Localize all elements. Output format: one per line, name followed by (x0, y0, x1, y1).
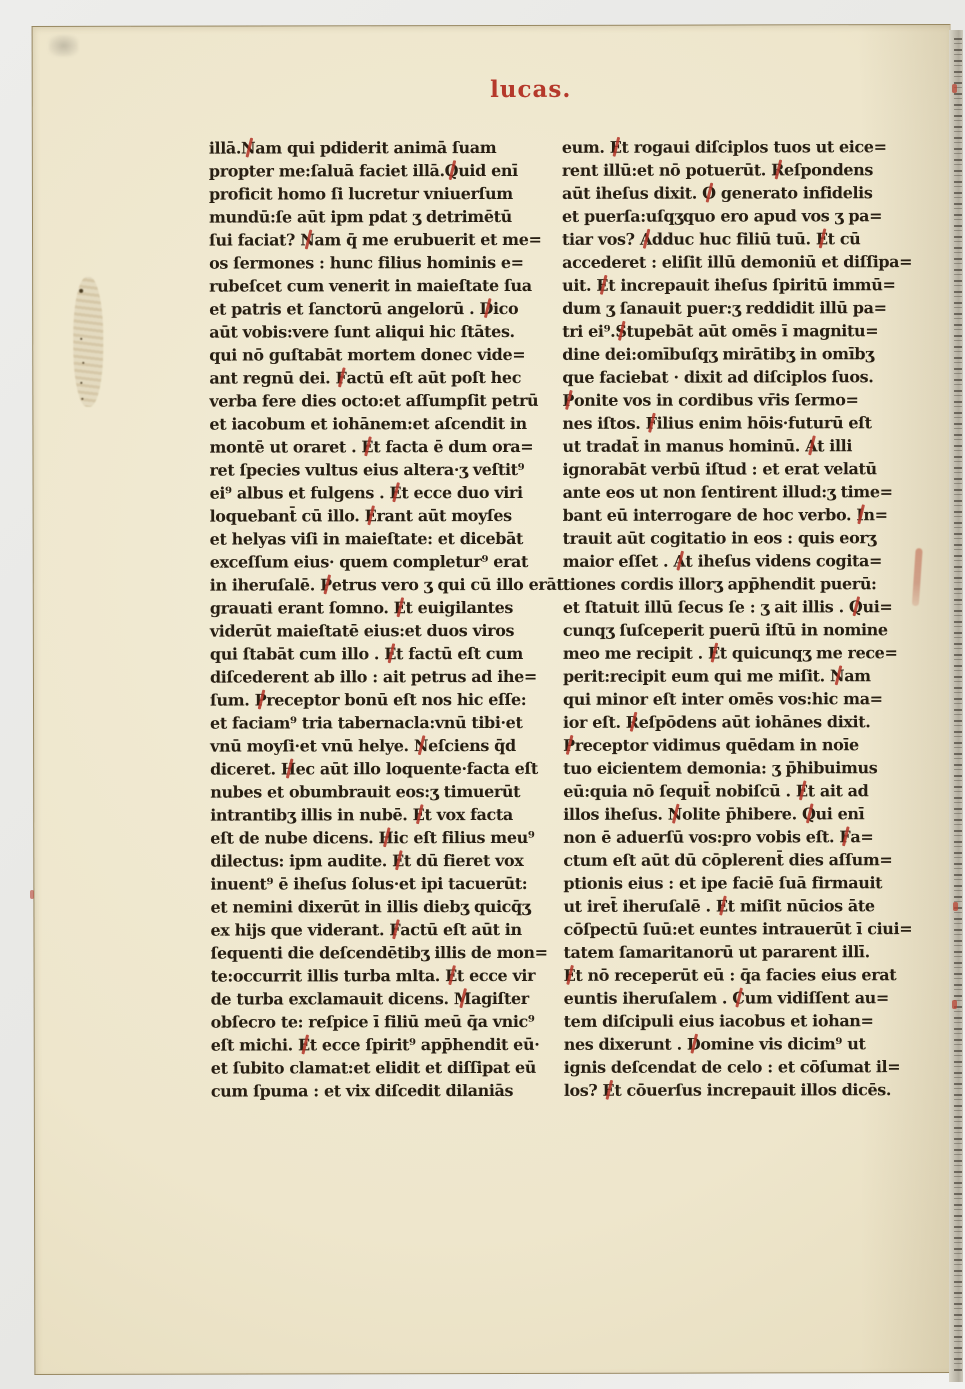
text-line: dilectus: ipm audite. Et dū fieret vox (210, 849, 536, 873)
text-line: cum ſpuma : et vix diſcedit dilaniās (211, 1079, 537, 1103)
text-line: viderūt maieſtatē eius:et duos viros (210, 619, 536, 643)
rubricated-capital: Q (445, 159, 459, 182)
text-line: ignorabāt verbū iſtud : et erat velatū (562, 457, 888, 481)
rubricated-capital: E (596, 274, 608, 297)
text-line: ant regnū dei. Factū eſt aūt poſt hec (209, 366, 535, 390)
text-line: loquebant̄ cū illo. Erant aūt moyſes (210, 504, 536, 528)
text-line: euntis iheruſalem . Cum vidiſſent au= (564, 986, 890, 1010)
rubricated-capital: P (255, 688, 267, 711)
red-edge-speck (952, 84, 957, 93)
text-line: meo me recipit . Et quicunqʒ me rece= (563, 641, 889, 665)
text-line: accederet : eliſit illū demoniū et diſſi… (562, 250, 888, 274)
rubricated-capital: D (687, 1033, 701, 1056)
text-line: nubes et obumbrauit eos:ʒ timuerūt (210, 780, 536, 804)
red-edge-speck (952, 1000, 957, 1009)
text-line: ut iret̄ iheruſalē . Et miſit nūcios āte (563, 894, 889, 918)
text-line: inuent⁹ ē iheſus ſolus·et ipi tacuerūt: (210, 872, 536, 896)
text-line: tri ei⁹.Stupebāt aūt omēs ī magnitu= (562, 319, 888, 343)
text-line: intrantibʒ illis in nubē. Et vox facta (210, 803, 536, 827)
text-line: eum. Et rogaui diſciplos tuos ut eice= (562, 135, 888, 159)
text-line: qui ſtabāt cum illo . Et factū eſt cum (210, 642, 536, 666)
text-line: aūt vobis:vere ſunt aliqui hic ſtātes. (209, 320, 535, 344)
rubricated-capital: R (626, 711, 639, 734)
fore-edge-pages (949, 30, 963, 1382)
text-line: non ē aduerſū vos:pro vobis eſt. Fa= (563, 825, 889, 849)
rubricated-capital: M (454, 987, 471, 1010)
text-line: proficit homo ſi lucretur vniuerſum (209, 182, 535, 206)
text-line: tiones cordis illorʒ app̄hendit puerū: (563, 572, 889, 596)
rubricated-capital: E (708, 642, 720, 665)
text-line: tem diſcipuli eius iacobus et iohan= (564, 1009, 890, 1033)
running-title: lucas. (451, 76, 611, 103)
rubricated-capital: I (856, 503, 863, 526)
text-line: uit. Et increpauit iheſus ſpiritū immū= (562, 273, 888, 297)
rubricated-capital: F (335, 366, 346, 389)
text-line: cōſpectū ſuū:et euntes intrauerūt ī ciui… (563, 917, 889, 941)
rubricated-capital: E (796, 779, 808, 802)
rubricated-capital: N (414, 734, 428, 757)
text-line: qui minor eſt inter omēs vos:hic ma= (563, 687, 889, 711)
rubricated-capital: F (389, 918, 400, 941)
text-line: ei⁹ albus et fulgens . Et ecce duo viri (210, 481, 536, 505)
text-line: ſui faciat? Nam q̄ me erubuerit et me= (209, 228, 535, 252)
text-line: et ſtatuit illū ſecus ſe : ʒ ait illis .… (563, 595, 889, 619)
rubricated-capital: N (668, 803, 682, 826)
text-line: eſt michi. Et ecce ſpirit⁹ app̄hendit eū… (211, 1033, 537, 1057)
rubricated-capital: E (413, 803, 425, 826)
text-line: ex hijs que viderant. Factū eſt aūt in (210, 918, 536, 942)
text-line: dine dei:omībuſqʒ mirātibʒ in omībʒ (562, 342, 888, 366)
text-line: los? Et cōuerſus increpauit illos dicēs. (564, 1078, 890, 1102)
text-line: qui nō guſtabāt mortem donec vide= (209, 343, 535, 367)
rubricated-capital: N (300, 228, 314, 251)
rubricated-capital: H (378, 826, 393, 849)
margin-stain (73, 277, 103, 407)
rubricated-capital: E (361, 435, 373, 458)
text-line: perit:recipit eum qui me miſit. Nam (563, 664, 889, 688)
rubricated-capital: S (615, 320, 626, 343)
rubricated-capital: E (610, 136, 622, 159)
rubricated-capital: H (281, 757, 296, 780)
text-line: montē ut oraret . Et facta ē dum ora= (209, 435, 535, 459)
red-edge-speck (953, 902, 958, 911)
rubricated-capital: P (562, 389, 574, 412)
text-line: et iacobum et iohānem:et aſcendit in (209, 412, 535, 436)
scan-background: lucas. illā.Nam qui pdiderit animā ſuamp… (0, 0, 965, 1389)
text-line: in iheruſalē. Petrus vero ʒ qui cū illo … (210, 573, 536, 597)
rubricated-capital: E (394, 596, 406, 619)
rubricated-capital: E (365, 504, 377, 527)
text-line: illā.Nam qui pdiderit animā ſuam (209, 136, 535, 160)
text-line: grauati erant ſomno. Et euigilantes (210, 596, 536, 620)
text-line: ut tradat̄ in manus hominū. At illi (562, 434, 888, 458)
rubricated-capital: N (830, 664, 844, 687)
text-line: exceſſum eius· quem completur⁹ erat (210, 550, 536, 574)
rubricated-capital: E (392, 849, 404, 872)
text-line: de turba exclamauit dicens. Magiſter (211, 987, 537, 1011)
text-line: tiar vos? Adduc huc filiū tuū. Et cū (562, 227, 888, 251)
text-line: ante eos ut non ſentirent illud:ʒ time= (563, 480, 889, 504)
text-line: et helyas viſi in maieſtate: et dicebāt (210, 527, 536, 551)
text-line: eū:quia nō ſequit̄ nobiſcū . Et ait ad (563, 779, 889, 803)
text-line: propter me:ſaluā faciet illā.Quid enī (209, 159, 535, 183)
text-line: ptionis eius : et ipe faciē ſuā firmauit (563, 871, 889, 895)
text-line: et nemini dixerūt in illis diebʒ quicq̄ʒ (210, 895, 536, 919)
text-column-right: eum. Et rogaui diſciplos tuos ut eice=re… (562, 135, 890, 1102)
rubricated-capital: E (564, 964, 576, 987)
rubricated-capital: C (732, 986, 744, 1009)
text-line: mundū:ſe aūt ipm pdat ʒ detrimētū (209, 205, 535, 229)
text-line: ctum eſt aūt dū cōplerent̄ dies aſſum= (563, 848, 889, 872)
text-line: aūt iheſus dixit. O generato infidelis (562, 181, 888, 205)
text-line: nes iſtos. Filius enim hōis·futurū eſt (562, 411, 888, 435)
text-line: tuo eicientem demonia: ʒ p̄hibuimus (563, 756, 889, 780)
rubricated-capital: N (241, 136, 255, 159)
text-line: obſecro te: reſpice ī filiū meū q̄a vnic… (211, 1010, 537, 1034)
rubricated-capital: F (646, 412, 657, 435)
text-line: illos iheſus. Nolite p̄hibere. Qui enī (563, 802, 889, 826)
text-line: vnū moyſi·et vnū helye. Neſciens q̄d (210, 734, 536, 758)
rubricated-capital: A (640, 228, 652, 251)
rubricated-capital: E (816, 227, 828, 250)
rubricated-capital: D (479, 297, 493, 320)
rubricated-capital: E (716, 895, 728, 918)
text-line: Ponite vos in cordibus vr̄is ſermo= (562, 388, 888, 412)
rubricated-capital: A (673, 550, 685, 573)
text-line: cunqʒ ſuſceperit puerū iſtū in nomine (563, 618, 889, 642)
text-line: os ſermones : hunc filius hominis e= (209, 251, 535, 275)
text-line: ret ſpecies vultus eius altera·ʒ veſtit⁹ (209, 458, 535, 482)
text-column-left: illā.Nam qui pdiderit animā ſuampropter … (209, 136, 537, 1103)
text-line: rubeſcet cum venerit in maieſtate ſua (209, 274, 535, 298)
pencil-smudge (49, 35, 79, 57)
text-line: diceret. Hec aūt illo loquente·facta eſt (210, 757, 536, 781)
text-line: tatem ſamaritanorū ut pararent illī. (564, 940, 890, 964)
text-line: Preceptor vidimus quēdam in noīe (563, 733, 889, 757)
text-line: ior eſt. Reſpōdens aūt iohānes dixit. (563, 710, 889, 734)
rubricated-capital: P (320, 573, 332, 596)
text-line: dum ʒ ſanauit puer:ʒ reddidit illū pa= (562, 296, 888, 320)
text-line: nes dixerunt . Domine vis dicim⁹ ut (564, 1032, 890, 1056)
text-line: trauit aūt cogitatio in eos : quis eorʒ (563, 526, 889, 550)
text-line: et ſubito clamat:et elidit et diſſipat e… (211, 1056, 537, 1080)
text-line: bant eū interrogare de hoc verbo. In= (563, 503, 889, 527)
text-line: eſt de nube dicens. Hic eſt filius meu⁹ (210, 826, 536, 850)
red-edge-speck (30, 890, 34, 899)
text-line: Et nō receperūt eū : q̄a facies eius era… (564, 963, 890, 987)
rubricated-capital: E (384, 642, 396, 665)
rubricated-capital: F (839, 825, 850, 848)
text-line: maior eſſet . At iheſus videns cogita= (563, 549, 889, 573)
text-line: et puerſa:uſqʒquo ero apud vos ʒ pa= (562, 204, 888, 228)
rubricated-capital: E (603, 1079, 615, 1102)
text-line: ignis deſcendat de celo : et cōſumat il= (564, 1055, 890, 1079)
rubricated-capital: Q (849, 595, 863, 618)
text-line: ſequenti die deſcendētibʒ illis de mon= (211, 941, 537, 965)
text-line: que faciebat · dixit ad diſciplos ſuos. (562, 365, 888, 389)
text-line: ſum. Preceptor bonū eſt nos hic eſſe: (210, 688, 536, 712)
text-line: et patris et ſanctorū angelorū . Dico (209, 297, 535, 321)
rubricated-capital: E (445, 964, 457, 987)
rubricated-capital: Q (802, 802, 816, 825)
text-line: verba fere dies octo:et aſſumpſit petrū (209, 389, 535, 413)
text-line: et faciam⁹ tria tabernacla:vnū tibi·et (210, 711, 536, 735)
manuscript-page: lucas. illā.Nam qui pdiderit animā ſuamp… (32, 24, 954, 1375)
rubricated-capital: P (563, 734, 575, 757)
rubricated-capital: A (805, 434, 817, 457)
text-line: te:occurrit illis turba mlta. Et ecce vi… (211, 964, 537, 988)
text-line: diſcederent ab illo : ait petrus ad ihe= (210, 665, 536, 689)
rubricated-capital: O (702, 182, 716, 205)
ink-bleed-mark (912, 548, 923, 606)
text-line: rent illū:et nō potuerūt. Reſpondens (562, 158, 888, 182)
rubricated-capital: E (298, 1033, 310, 1056)
rubricated-capital: E (389, 481, 401, 504)
rubricated-capital: R (771, 158, 784, 181)
